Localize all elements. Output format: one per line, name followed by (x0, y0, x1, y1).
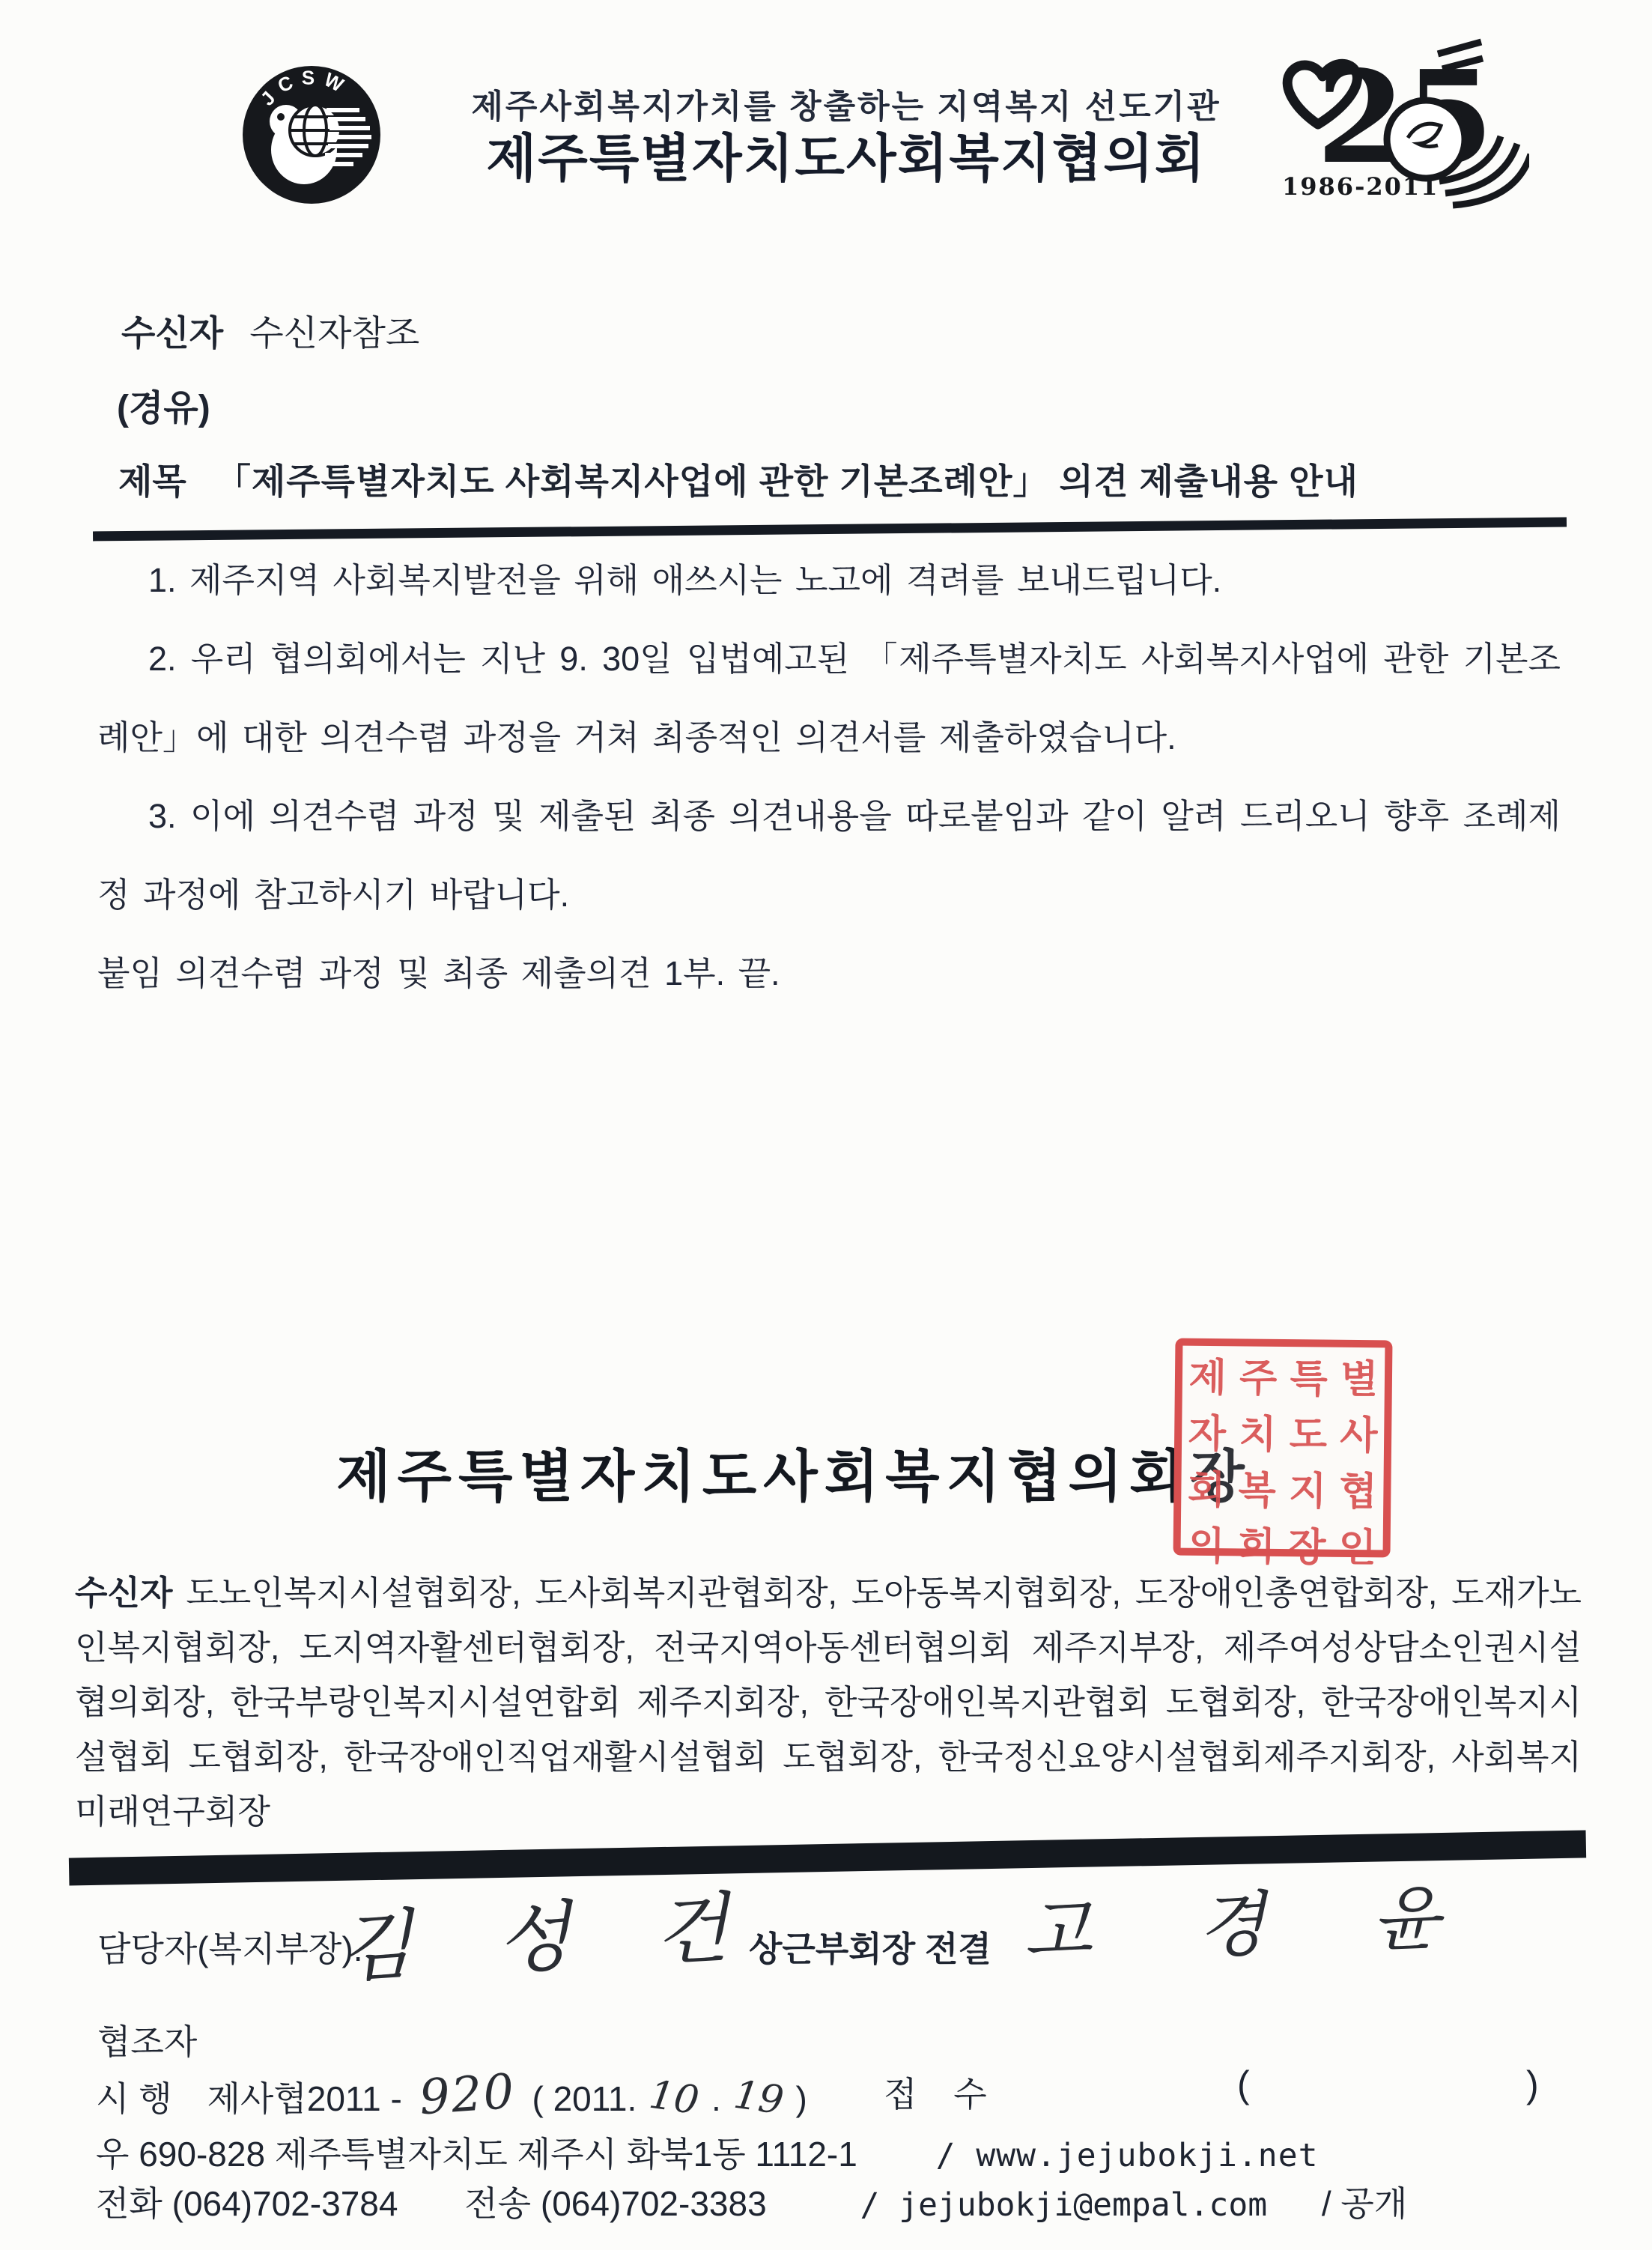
issue-date-open: ( 2011. (532, 2079, 637, 2118)
body-paragraph-2: 2. 우리 협의회에서는 지난 9. 30일 입법예고된 「제주특별자치도 사회… (97, 619, 1561, 777)
cooperator-label: 협조자 (97, 2015, 197, 2064)
phone-number: 전화 (064)702-3784 (96, 2184, 398, 2223)
receipt-paren-open: ( (1237, 2063, 1250, 2106)
issue-label: 시 행 (96, 2079, 172, 2118)
issue-date-month-handwritten: 10 (646, 2072, 702, 2124)
seal-character: 제 (1182, 1346, 1233, 1403)
subject-label: 제목 (118, 461, 186, 501)
seal-character: 특 (1284, 1347, 1334, 1404)
recipients-names: 도노인복지시설협회장, 도사회복지관협회장, 도아동복지협회장, 도장애인총연합… (75, 1574, 1582, 1831)
official-seal-stamp: 제주특별자치도사회복지협의회장인 (1173, 1338, 1392, 1557)
letter-body: 1. 제주지역 사회복지발전을 위해 애쓰시는 노고에 격려를 보내드립니다. … (97, 541, 1561, 1013)
scanned-official-letter: JCSW 제주사회복지가치를 창출하는 지역복지 선도기관 제주특별자치도사회복… (0, 0, 1652, 2250)
issue-date-day-handwritten: 19 (731, 2072, 786, 2124)
seal-character: 별 (1334, 1347, 1385, 1404)
anniversary-years: 1986-2011 (1282, 172, 1439, 201)
address-row: 우 690-828 제주특별자치도 제주시 화북1동 1112-1 / www.… (96, 2127, 1318, 2177)
receipt-label: 접 수 (884, 2067, 1000, 2117)
via-label: (경유) (117, 379, 210, 431)
receipt-paren-close: ) (1526, 2063, 1539, 2106)
body-paragraph-1: 1. 제주지역 사회복지발전을 위해 애쓰시는 노고에 격려를 보내드립니다. (97, 541, 1561, 619)
seal-character: 회 (1231, 1514, 1282, 1571)
subject-row: 제목 「제주특별자치도 사회복지사업에 관한 기본조례안」 의견 제출내용 안내 (118, 454, 1358, 504)
manager-signature: 김 성 건 (336, 1866, 761, 1997)
manager-label: 담당자(복지부장). (97, 1922, 362, 1971)
seal-character: 치 (1232, 1402, 1283, 1459)
subject-divider-rule (93, 518, 1567, 542)
disclosure-label: / 공개 (1322, 2184, 1407, 2223)
sender-title: 제주특별자치도사회복지협의회장 (315, 1432, 1273, 1512)
recipient-row: 수신자 수신자참조 (121, 306, 419, 356)
issue-date-dot: . (711, 2079, 721, 2118)
website-url: / www.jejubokji.net (936, 2137, 1319, 2174)
issue-doc-number-handwritten: 920 (417, 2064, 517, 2126)
seal-character: 지 (1282, 1459, 1333, 1516)
recipient-value: 수신자참조 (249, 313, 419, 353)
subject-text: 「제주특별자치도 사회복지사업에 관한 기본조례안」 의견 제출내용 안내 (216, 461, 1358, 501)
recipients-list: 수신자도노인복지시설협회장, 도사회복지관협회장, 도아동복지협회장, 도장애인… (75, 1565, 1582, 1839)
seal-character: 의 (1180, 1514, 1231, 1571)
approver-label: 상근부회장 전결 (749, 1922, 991, 1971)
seal-character: 사 (1333, 1404, 1384, 1461)
fax-number: 전송 (064)702-3383 (464, 2184, 766, 2223)
attachment-line: 붙임 의견수렴 과정 및 최종 제출의견 1부. 끝. (97, 934, 1561, 1013)
contact-row: 전화 (064)702-3784 전송 (064)702-3383 / jeju… (96, 2177, 1407, 2226)
email-address: / jejubokji@empal.com (860, 2186, 1267, 2224)
org-name-title: 제주특별자치도사회복지협의회 (404, 117, 1288, 191)
issue-doc-prefix: 제사협2011 - (207, 2079, 401, 2118)
issue-date-close: ) (796, 2079, 807, 2118)
seal-character: 인 (1332, 1516, 1383, 1573)
seal-character: 협 (1333, 1460, 1384, 1517)
seal-character: 회 (1181, 1458, 1232, 1515)
seal-character: 주 (1233, 1346, 1284, 1403)
recipients-label: 수신자 (75, 1574, 172, 1612)
org-dove-logo-icon: JCSW (238, 61, 385, 208)
body-paragraph-3: 3. 이에 의견수렴 과정 및 제출된 최종 의견내용을 따로붙임과 같이 알려… (97, 777, 1561, 934)
issue-row: 시 행 제사협2011 - 920 ( 2011. 10 . 19 ) (96, 2067, 1586, 2123)
seal-character: 복 (1232, 1458, 1283, 1515)
seal-character: 장 (1281, 1515, 1332, 1572)
anniversary-25-logo-icon: 25 1986-2011 (1252, 36, 1529, 219)
seal-character: 자 (1182, 1402, 1233, 1459)
seal-character: 도 (1283, 1403, 1334, 1460)
recipient-label: 수신자 (121, 313, 223, 353)
approver-signature: 고 경 윤 (1021, 1860, 1484, 1977)
postal-address: 우 690-828 제주특별자치도 제주시 화북1동 1112-1 (96, 2135, 857, 2174)
